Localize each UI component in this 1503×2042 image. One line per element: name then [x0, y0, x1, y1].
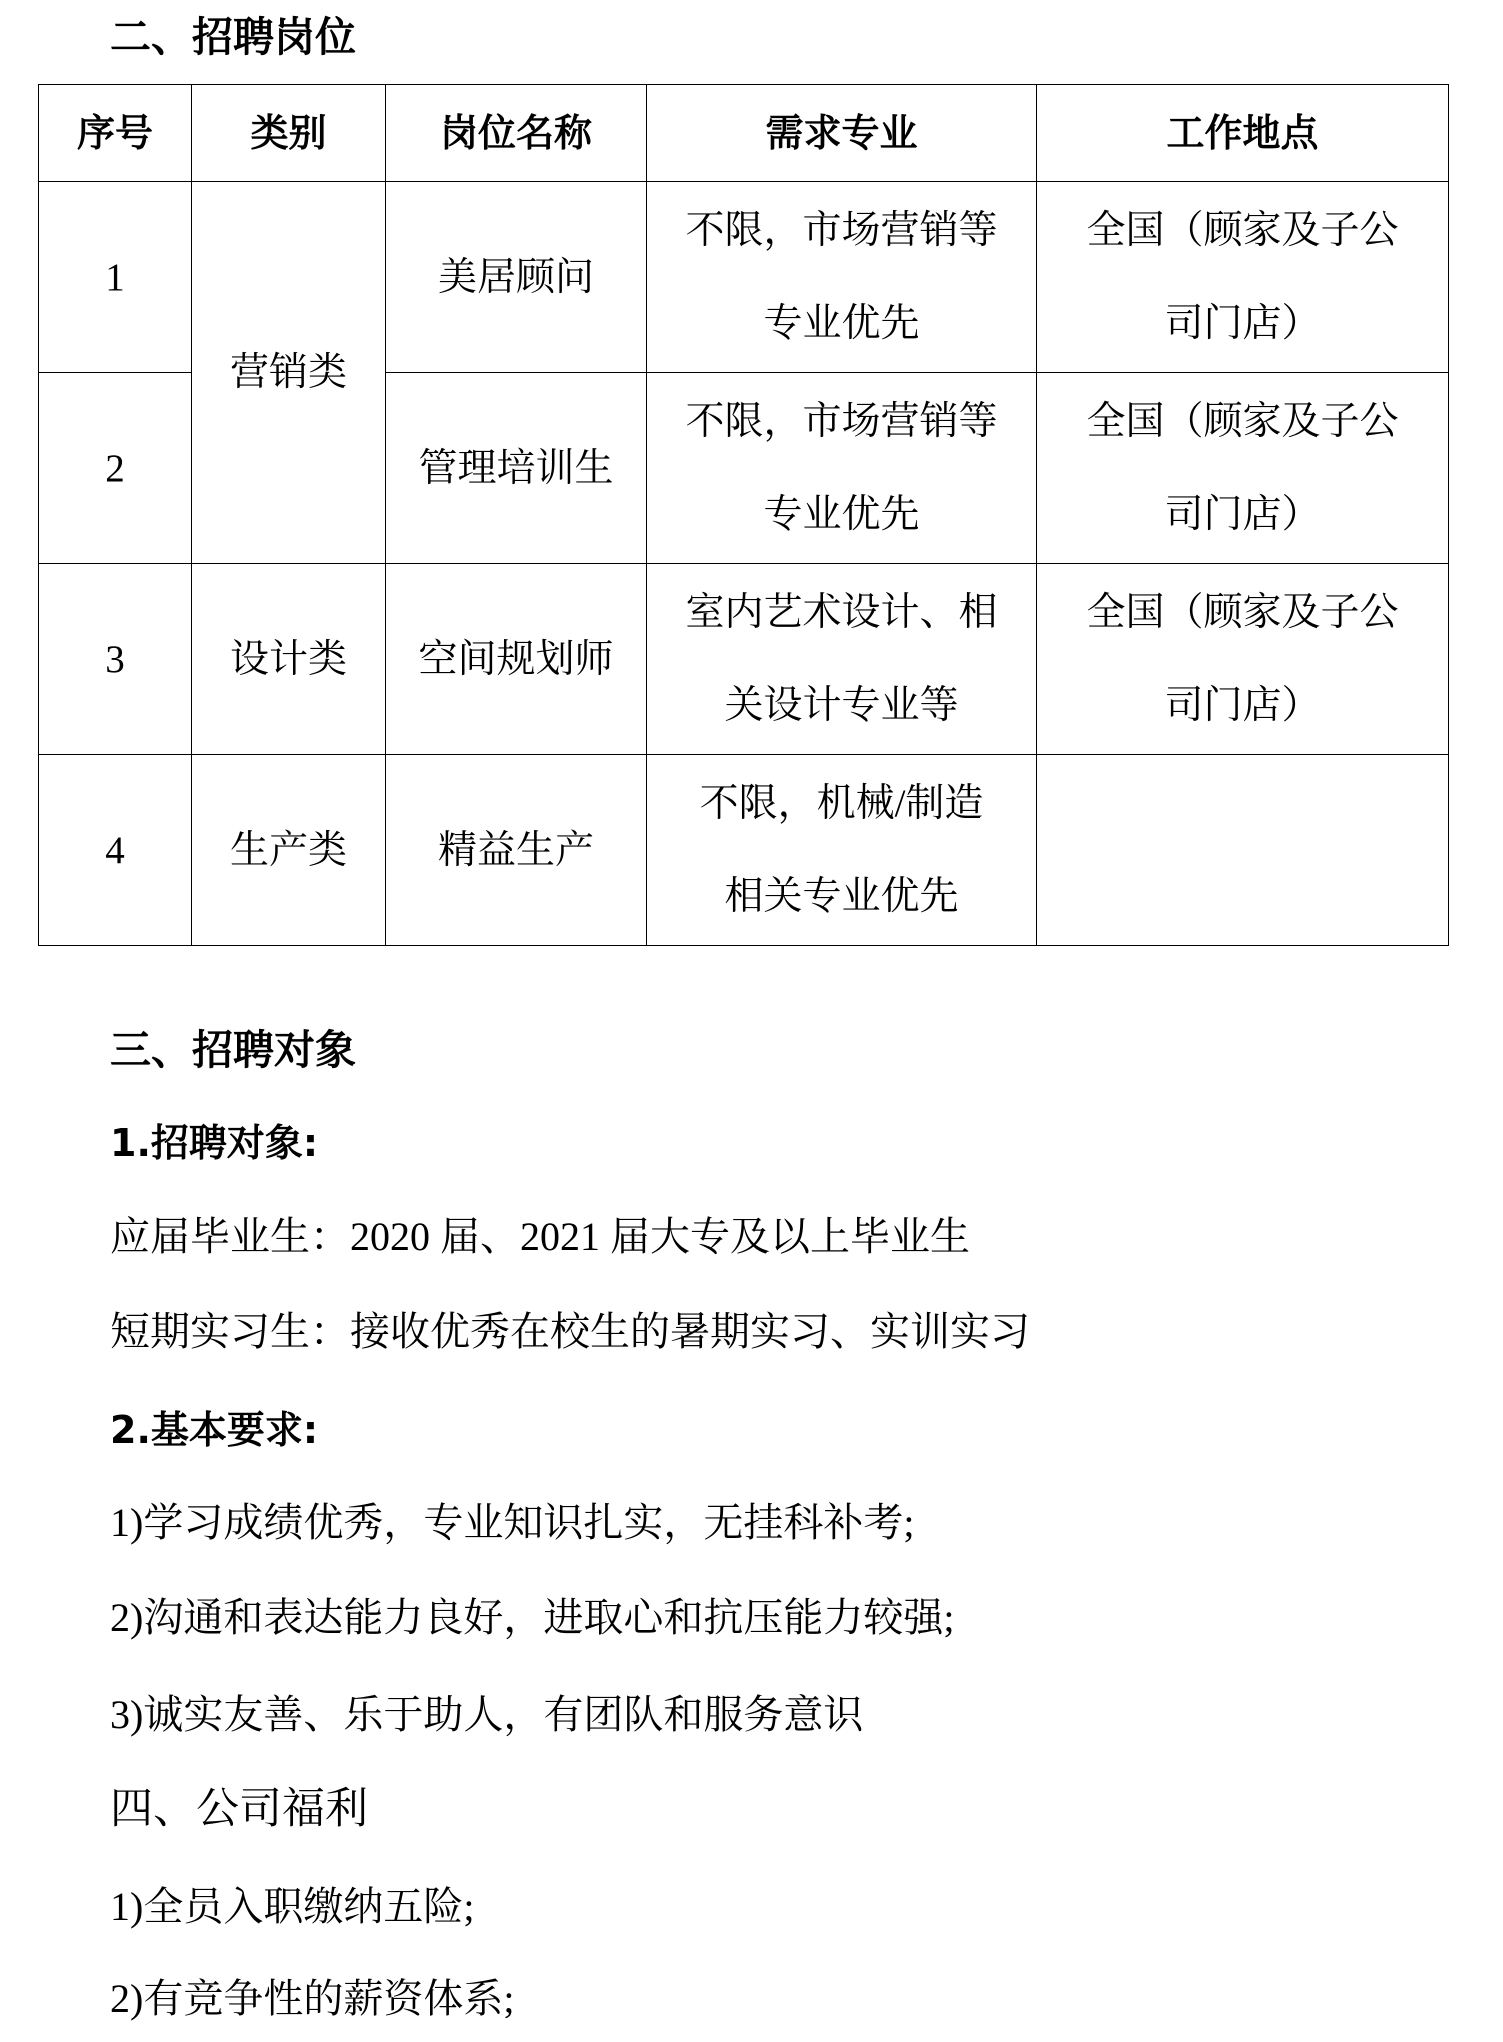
cell-position: 美居顾问: [386, 182, 647, 373]
cell-category: 营销类: [192, 182, 386, 564]
cell-location-line: 司门店）: [1037, 277, 1448, 370]
cell-major: 不限，市场营销等 专业优先: [647, 373, 1037, 564]
table-row: 1 营销类 美居顾问 不限，市场营销等 专业优先 全国（顾家及子公 司门店）: [39, 182, 1449, 373]
cell-location: 全国（顾家及子公 司门店）: [1037, 564, 1449, 755]
list-item: 1)全员入职缴纳五险;: [110, 1877, 474, 1937]
cell-major: 不限，市场营销等 专业优先: [647, 182, 1037, 373]
cell-no: 4: [39, 755, 192, 946]
cell-major-line: 专业优先: [647, 468, 1036, 561]
subheading-basic-requirements: 2.基本要求:: [110, 1400, 318, 1460]
document-page: 二、招聘岗位 序号 类别 岗位名称 需求专业 工作地点 1 营销类 美居顾问 不…: [0, 0, 1503, 2042]
cell-location: 全国（顾家及子公 司门店）: [1037, 373, 1449, 564]
cell-major-line: 不限，机械/制造: [647, 757, 1036, 850]
subheading-recruit-targets: 1.招聘对象:: [110, 1113, 318, 1173]
cell-no: 1: [39, 182, 192, 373]
cell-category: 设计类: [192, 564, 386, 755]
cell-location-line: 司门店）: [1037, 468, 1448, 561]
cell-position: 精益生产: [386, 755, 647, 946]
cell-location-empty: [1037, 755, 1449, 946]
cell-major-line: 不限，市场营销等: [647, 375, 1036, 468]
list-item: 2)有竞争性的薪资体系;: [110, 1969, 514, 2029]
cell-major: 室内艺术设计、相 关设计专业等: [647, 564, 1037, 755]
cell-location-line: 全国（顾家及子公: [1037, 375, 1448, 468]
paragraph-line: 应届毕业生：2020 届、2021 届大专及以上毕业生: [110, 1207, 970, 1267]
header-position: 岗位名称: [386, 85, 647, 182]
paragraph-line: 短期实习生：接收优秀在校生的暑期实习、实训实习: [110, 1302, 1030, 1362]
table-header-row: 序号 类别 岗位名称 需求专业 工作地点: [39, 85, 1449, 182]
section-heading-targets: 三、招聘对象: [110, 1020, 356, 1080]
cell-location-line: 全国（顾家及子公: [1037, 184, 1448, 277]
table-row: 3 设计类 空间规划师 室内艺术设计、相 关设计专业等 全国（顾家及子公 司门店…: [39, 564, 1449, 755]
cell-location-line: 司门店）: [1037, 659, 1448, 752]
positions-table: 序号 类别 岗位名称 需求专业 工作地点 1 营销类 美居顾问 不限，市场营销等…: [38, 84, 1449, 946]
cell-location: 全国（顾家及子公 司门店）: [1037, 182, 1449, 373]
cell-position: 管理培训生: [386, 373, 647, 564]
cell-major-line: 不限，市场营销等: [647, 184, 1036, 277]
header-category: 类别: [192, 85, 386, 182]
list-item: 1)学习成绩优秀，专业知识扎实，无挂科补考;: [110, 1493, 914, 1553]
section-heading-benefits: 四、公司福利: [110, 1780, 368, 1840]
header-no: 序号: [39, 85, 192, 182]
list-item: 2)沟通和表达能力良好，进取心和抗压能力较强;: [110, 1588, 954, 1648]
table-row: 4 生产类 精益生产 不限，机械/制造 相关专业优先: [39, 755, 1449, 946]
cell-no: 2: [39, 373, 192, 564]
cell-no: 3: [39, 564, 192, 755]
list-item: 3)诚实友善、乐于助人，有团队和服务意识: [110, 1685, 863, 1745]
cell-location-line: 全国（顾家及子公: [1037, 566, 1448, 659]
cell-category: 生产类: [192, 755, 386, 946]
cell-major-line: 专业优先: [647, 277, 1036, 370]
header-major: 需求专业: [647, 85, 1037, 182]
cell-major: 不限，机械/制造 相关专业优先: [647, 755, 1037, 946]
section-heading-positions: 二、招聘岗位: [110, 7, 356, 67]
cell-major-line: 室内艺术设计、相: [647, 566, 1036, 659]
cell-major-line: 关设计专业等: [647, 659, 1036, 752]
cell-position: 空间规划师: [386, 564, 647, 755]
header-location: 工作地点: [1037, 85, 1449, 182]
cell-major-line: 相关专业优先: [647, 850, 1036, 943]
